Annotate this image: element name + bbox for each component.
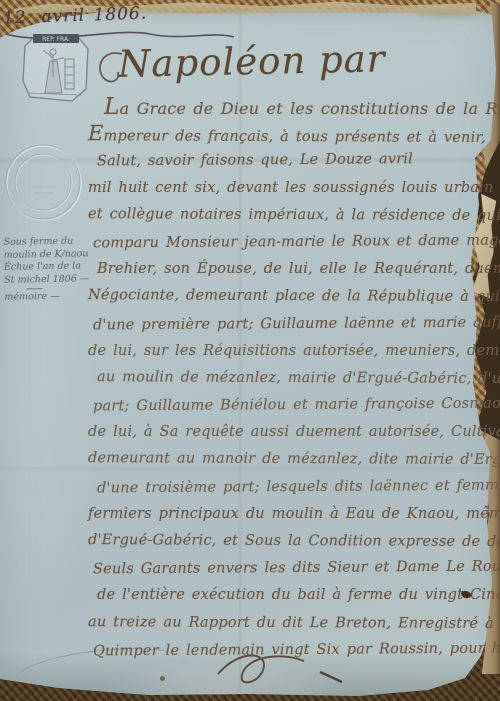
manuscript-line: de lui, sur les Réquisitions autorisée, … <box>88 338 488 365</box>
manuscript-line: demeurant au manoir de mézanlez, dite ma… <box>88 446 488 475</box>
margin-note-line: mémoire — <box>4 290 96 304</box>
manuscript-line: et collègue notaires impériaux, à la rés… <box>88 201 488 230</box>
manuscript-line: d'une troisième part; lesquels dits laën… <box>97 472 488 502</box>
manuscript-line: au moulin de mézanlez, mairie d'Ergué-Ga… <box>97 364 488 393</box>
margin-note-line: St michel 1806 — <box>4 273 96 287</box>
manuscript-line: au treize au Rapport du dit Le Breton, E… <box>88 609 488 638</box>
margin-note: Sous ferme du moulin de K/naou Échue l'a… <box>3 235 96 304</box>
scanned-document-photo: 12. avril 1806. REP. FRA. Napoléon par <box>0 0 500 701</box>
manuscript-line: Négociante, demeurant place de la Républ… <box>88 282 488 311</box>
manuscript-line: mil huit cent six, devant les soussignés… <box>88 175 488 202</box>
margin-note-line: moulin de K/naou <box>4 248 96 262</box>
manuscript-line: part; Guillaume Béniélou et marie franço… <box>93 391 488 421</box>
manuscript-line: Brehier, son Épouse, de lui, elle le Req… <box>97 256 488 283</box>
manuscript-line: de l'entière exécution du bail à ferme d… <box>97 582 488 609</box>
manuscript-line: d'une première part; Guillaume laënne et… <box>93 309 488 339</box>
revenue-stamp: REP. FRA. <box>20 31 92 105</box>
manuscript-line: de lui, à Sa requête aussi duement autor… <box>88 419 488 446</box>
manuscript-line: La Grace de Dieu et les constitutions de… <box>104 93 488 120</box>
ink-speck <box>160 676 165 681</box>
stamp-band-label: REP. FRA. <box>42 36 70 43</box>
manuscript-line: d'Ergué-Gabéric, et Sous la Condition ex… <box>88 527 488 556</box>
manuscript-line: Salut, savoir faisons que, Le Douze avri… <box>97 146 488 176</box>
manuscript-line: Empereur des français, à tous présents e… <box>88 119 488 148</box>
manuscript-body: La Grace de Dieu et les constitutions de… <box>88 93 488 664</box>
signature-paraph <box>208 646 358 694</box>
manuscript-line: comparu Monsieur jean-marie le Roux et d… <box>93 228 488 258</box>
embossed-seal <box>2 141 86 225</box>
manuscript-line: fermiers principaux du moulin à Eau de K… <box>88 501 488 528</box>
manuscript-line: Seuls Garants envers les dits Sieur et D… <box>93 554 488 584</box>
margin-note-rule <box>26 288 42 289</box>
document-title: Napoléon par <box>118 37 386 86</box>
